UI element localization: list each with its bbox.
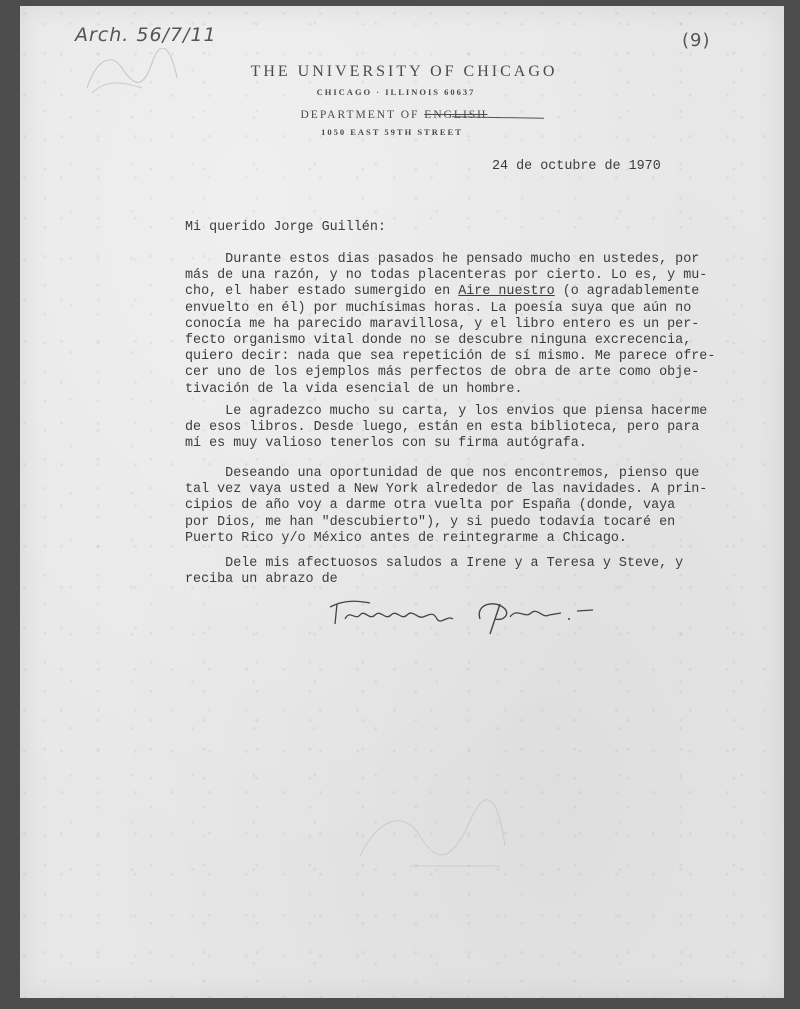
- letter-date: 24 de octubre de 1970: [492, 159, 661, 175]
- p1-line-6: fecto organismo vital donde no se descub…: [185, 333, 715, 349]
- paragraph-1: Durante estos dias pasados he pensado mu…: [185, 252, 715, 398]
- p1-line-3-after: (o agradablemente: [555, 284, 700, 299]
- archive-reference: Arch. 56/7/11: [75, 24, 217, 46]
- letterhead-department: DEPARTMENT OF ENGLISH: [12, 109, 776, 121]
- p1-line-9: tivación de la vida esencial de un hombr…: [185, 382, 715, 398]
- p1-line-4: envuelto en él) por muchísimas horas. La…: [185, 301, 715, 317]
- p1-line-2: más de una razón, y no todas placenteras…: [185, 268, 715, 284]
- p1-line-5: conocía me ha parecido maravillosa, y el…: [185, 317, 715, 333]
- book-title: Aire nuestro: [458, 284, 554, 299]
- handwritten-signature: [325, 589, 615, 639]
- letterhead-institution: THE UNIVERSITY OF CHICAGO: [22, 63, 786, 81]
- paragraph-3: Deseando una oportunidad de que nos enco…: [185, 466, 707, 547]
- p1-line-3-before: cho, el haber estado sumergido en: [185, 284, 458, 299]
- letterhead-address: 1050 EAST 59TH STREET: [10, 127, 774, 137]
- letterhead-city: CHICAGO · ILLINOIS 60637: [14, 87, 778, 97]
- letter-page: Arch. 56/7/11 (9) THE UNIVERSITY OF CHIC…: [20, 6, 784, 998]
- salutation: Mi querido Jorge Guillén:: [185, 220, 386, 236]
- department-struck-name: ENGLISH: [424, 109, 487, 121]
- department-prefix: DEPARTMENT OF: [300, 109, 419, 121]
- p1-line-3: cho, el haber estado sumergido en Aire n…: [185, 284, 715, 300]
- p1-line-7: quiero decir: nada que sea repetición de…: [185, 349, 715, 365]
- p1-line-8: cer uno de los ejemplos más perfectos de…: [185, 365, 715, 381]
- p1-line-1: Durante estos dias pasados he pensado mu…: [185, 252, 715, 268]
- show-through-stamp: [350, 796, 510, 876]
- paragraph-4: Dele mis afectuosos saludos a Irene y a …: [185, 556, 683, 588]
- paragraph-2: Le agradezco mucho su carta, y los envio…: [185, 404, 707, 453]
- scanned-document: Arch. 56/7/11 (9) THE UNIVERSITY OF CHIC…: [0, 0, 800, 1009]
- page-number: (9): [682, 30, 711, 51]
